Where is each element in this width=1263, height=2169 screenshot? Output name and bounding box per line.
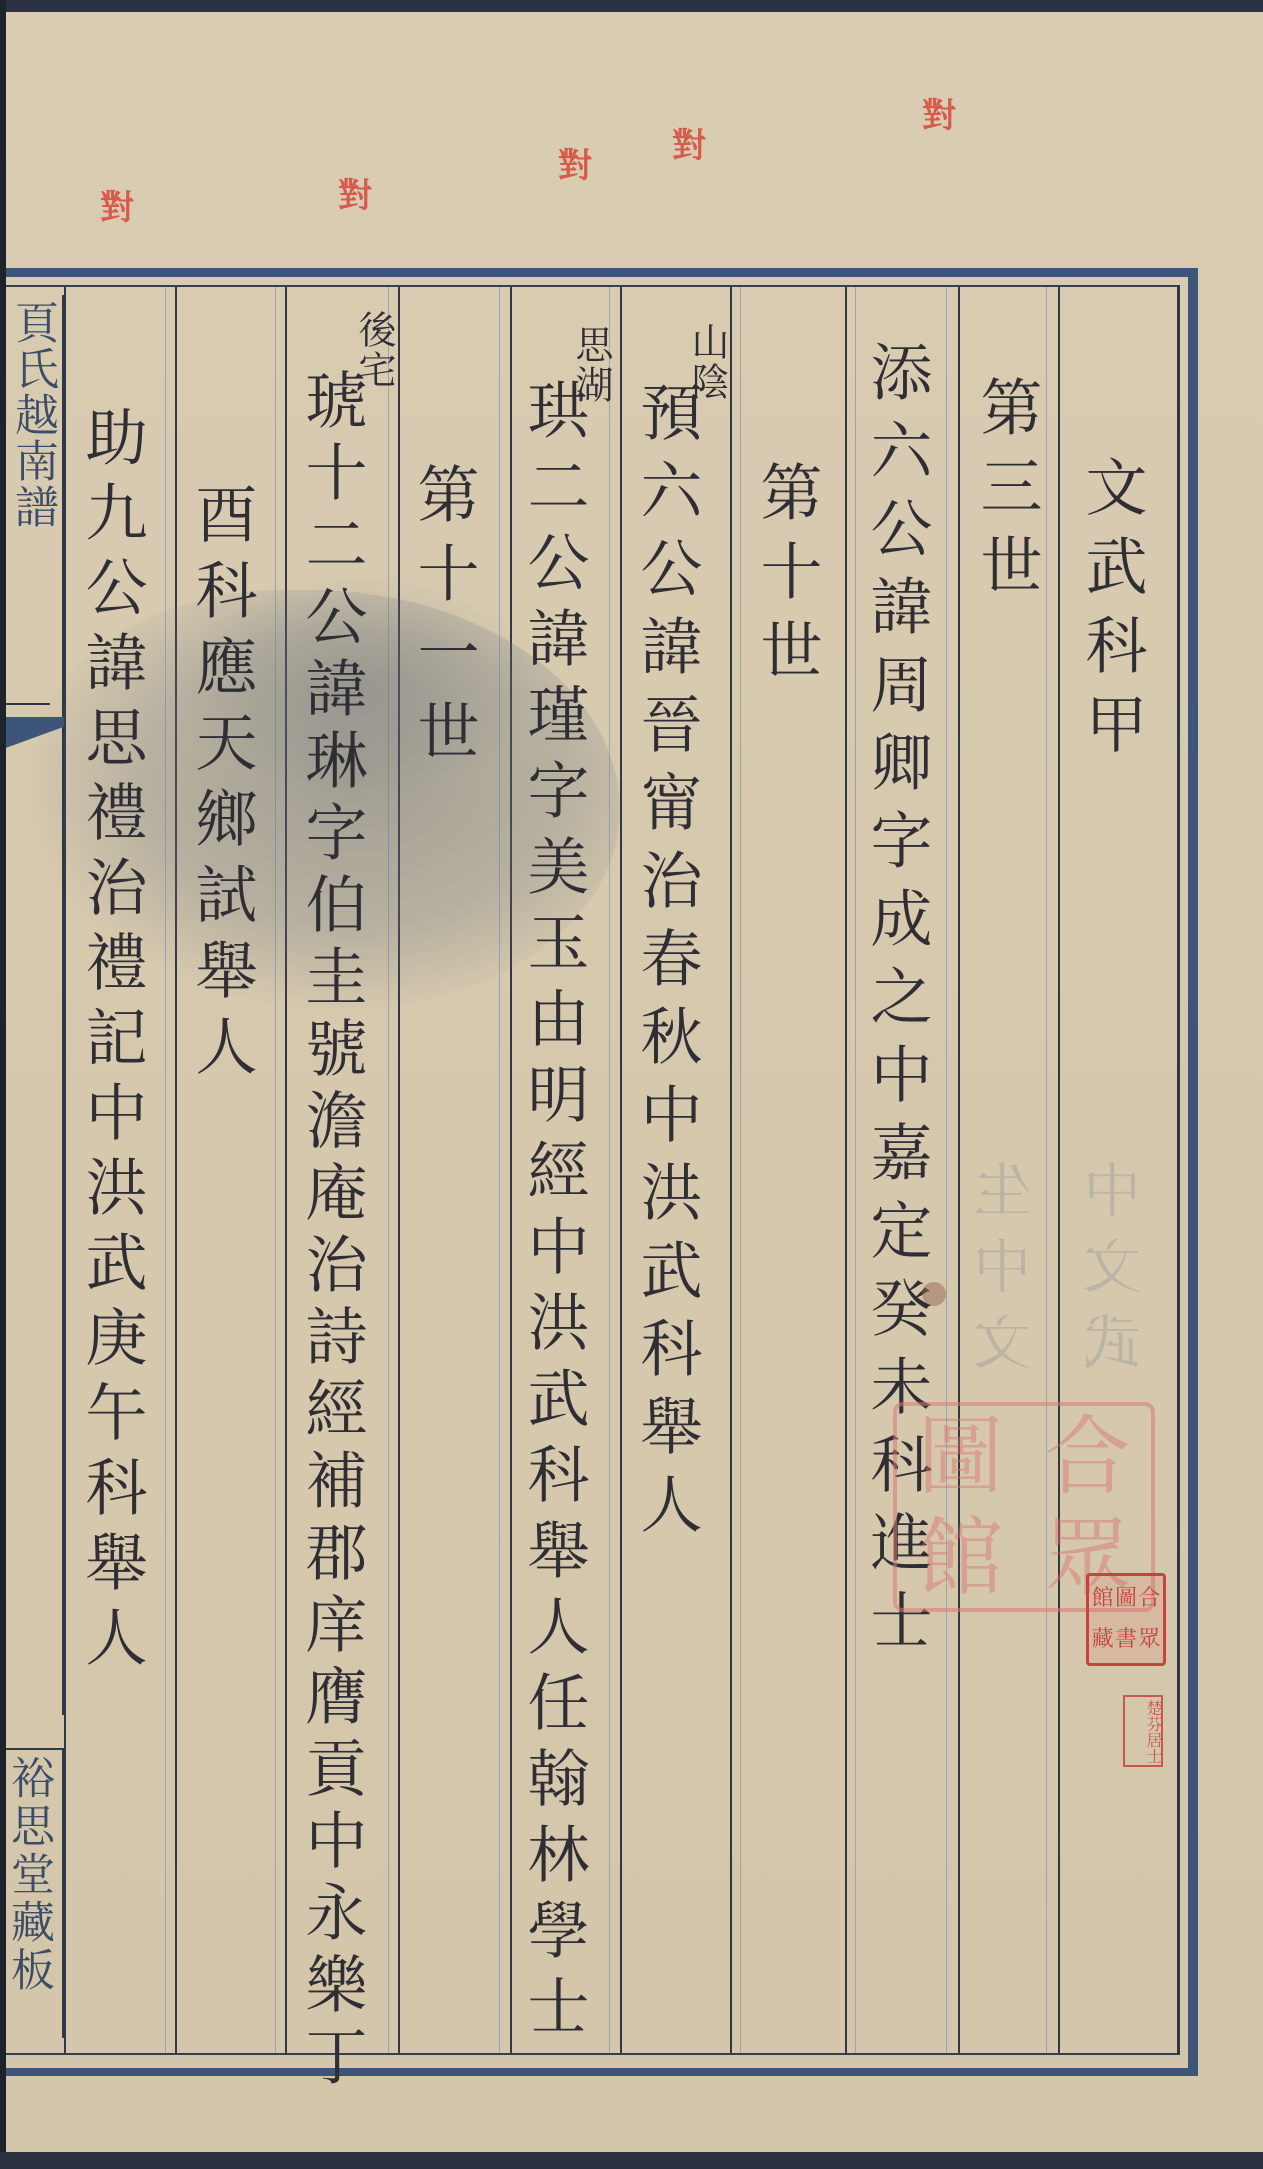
column-rule [499, 287, 500, 2053]
proof-stamp: 對 [100, 180, 134, 229]
column-rule [285, 287, 287, 2053]
generation-heading: 第十世 [755, 460, 817, 697]
column-rule [510, 287, 512, 2053]
genealogy-entry: 珙二公諱瑾字美玉由明經中洪武科舉人任翰林學士 [522, 378, 584, 2050]
fish-tail-mark [6, 717, 64, 757]
generation-heading: 第十一世 [412, 462, 474, 778]
column-rule [946, 287, 947, 2053]
column-rule [275, 287, 276, 2053]
show-through-text: 中文武 [1075, 1160, 1159, 1388]
scan-bottom-edge [0, 2152, 1263, 2169]
scan-top-edge [0, 0, 1263, 12]
column-rule [845, 287, 847, 2053]
generation-heading: 第三世 [975, 375, 1037, 612]
column-rule [388, 287, 389, 2053]
genealogy-entry: 預六公諱晉甯治春秋中洪武科舉人 [635, 380, 697, 1550]
proof-stamp: 對 [558, 138, 592, 187]
section-heading: 文武科甲 [1080, 455, 1142, 771]
proof-stamp: 對 [672, 118, 706, 167]
column-rule [175, 287, 177, 2053]
column-rule [1058, 287, 1060, 2053]
genealogy-entry: 琥十二公諱琳字伯圭號澹庵治詩經補郡庠膺貢中永樂丁 [300, 368, 362, 2096]
column-rule [609, 287, 610, 2053]
library-seal: 合 眾 圖 書 館 藏 [1086, 1573, 1166, 1666]
column-rule [740, 287, 741, 2053]
column-rule [730, 287, 732, 2053]
genealogy-entry-continued: 酉科應天鄉試舉人 [190, 482, 252, 1090]
proof-stamp: 對 [338, 168, 372, 217]
book-title: 頁氏越南譜 [10, 300, 54, 530]
column-rule [620, 287, 622, 2053]
collector-name-seal: 楚芬居士 [1123, 1695, 1163, 1767]
ink-stain [922, 1282, 946, 1306]
proof-stamp: 對 [922, 88, 956, 137]
column-rule [855, 287, 856, 2053]
show-through-text: 生中文 [965, 1160, 1049, 1388]
column-rule [398, 287, 400, 2053]
genealogy-entry: 助九公諱思禮治禮記中洪武庚午科舉人 [80, 405, 142, 1680]
column-rule [958, 287, 960, 2053]
column-rule [64, 287, 66, 2053]
column-rule [165, 287, 166, 2053]
publisher-hall: 裕思堂藏板 [6, 1755, 50, 1995]
